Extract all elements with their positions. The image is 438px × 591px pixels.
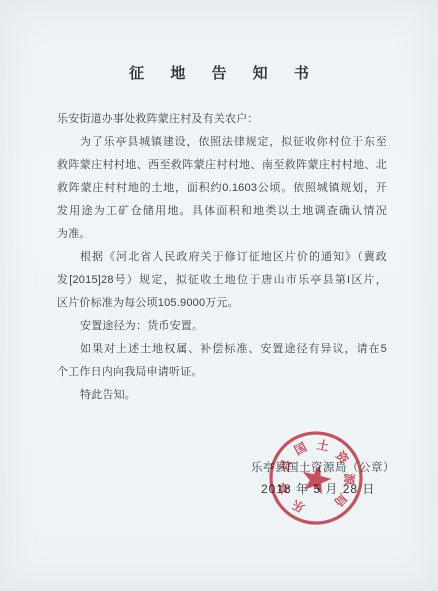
body-line: 发[2015]28号）规定，拟征收土地位于唐山市乐亭县第I区片，	[57, 269, 387, 292]
body-line: 为了乐亭县城镇建设，依照法律规定，拟征收你村位于东至	[57, 131, 387, 154]
official-seal-stamp: 乐亭县国土资源局	[261, 423, 371, 533]
document-title: 征 地 告 知 书	[0, 62, 438, 83]
scanned-document-page: 征 地 告 知 书 乐安街道办事处救阵蒙庄村及有关农户：为了乐亭县城镇建设，依照…	[0, 0, 438, 591]
seal-char: 局	[331, 491, 349, 509]
seal-star-icon	[303, 465, 332, 494]
seal-char: 县	[277, 457, 294, 473]
seal-char: 亭	[275, 480, 293, 496]
body-line: 区片价标准为每公顷105.9000万元。	[57, 292, 387, 315]
body-line: 为准。	[57, 223, 387, 246]
body-line: 发用途为工矿仓储用地。具体面积和地类以土地调查确认情况	[57, 200, 387, 223]
body-line: 救阵蒙庄村村地的土地，面积约0.1603公顷。依照城镇规划，开	[57, 177, 387, 200]
body-line: 乐安街道办事处救阵蒙庄村及有关农户：	[57, 108, 387, 131]
body-line: 特此告知。	[57, 384, 387, 407]
body-line: 救阵蒙庄村村地、西至救阵蒙庄村村地、南至救阵蒙庄村村地、北至	[57, 154, 387, 177]
document-body: 乐安街道办事处救阵蒙庄村及有关农户：为了乐亭县城镇建设，依照法律规定，拟征收你村…	[57, 108, 387, 407]
body-line: 个工作日内向我局申请听证。	[57, 361, 387, 384]
body-line: 根据《河北省人民政府关于修订征地区片价的通知》（冀政	[57, 246, 387, 269]
seal-char: 乐	[288, 496, 307, 516]
seal-char: 源	[342, 473, 357, 487]
seal-char: 国	[292, 440, 309, 458]
seal-char: 资	[333, 448, 353, 467]
body-line: 如果对上述土地权属、补偿标准、安置途径有异议，请在5	[57, 338, 387, 361]
seal-char: 土	[316, 437, 331, 454]
body-line: 安置途径为：货币安置。	[57, 315, 387, 338]
